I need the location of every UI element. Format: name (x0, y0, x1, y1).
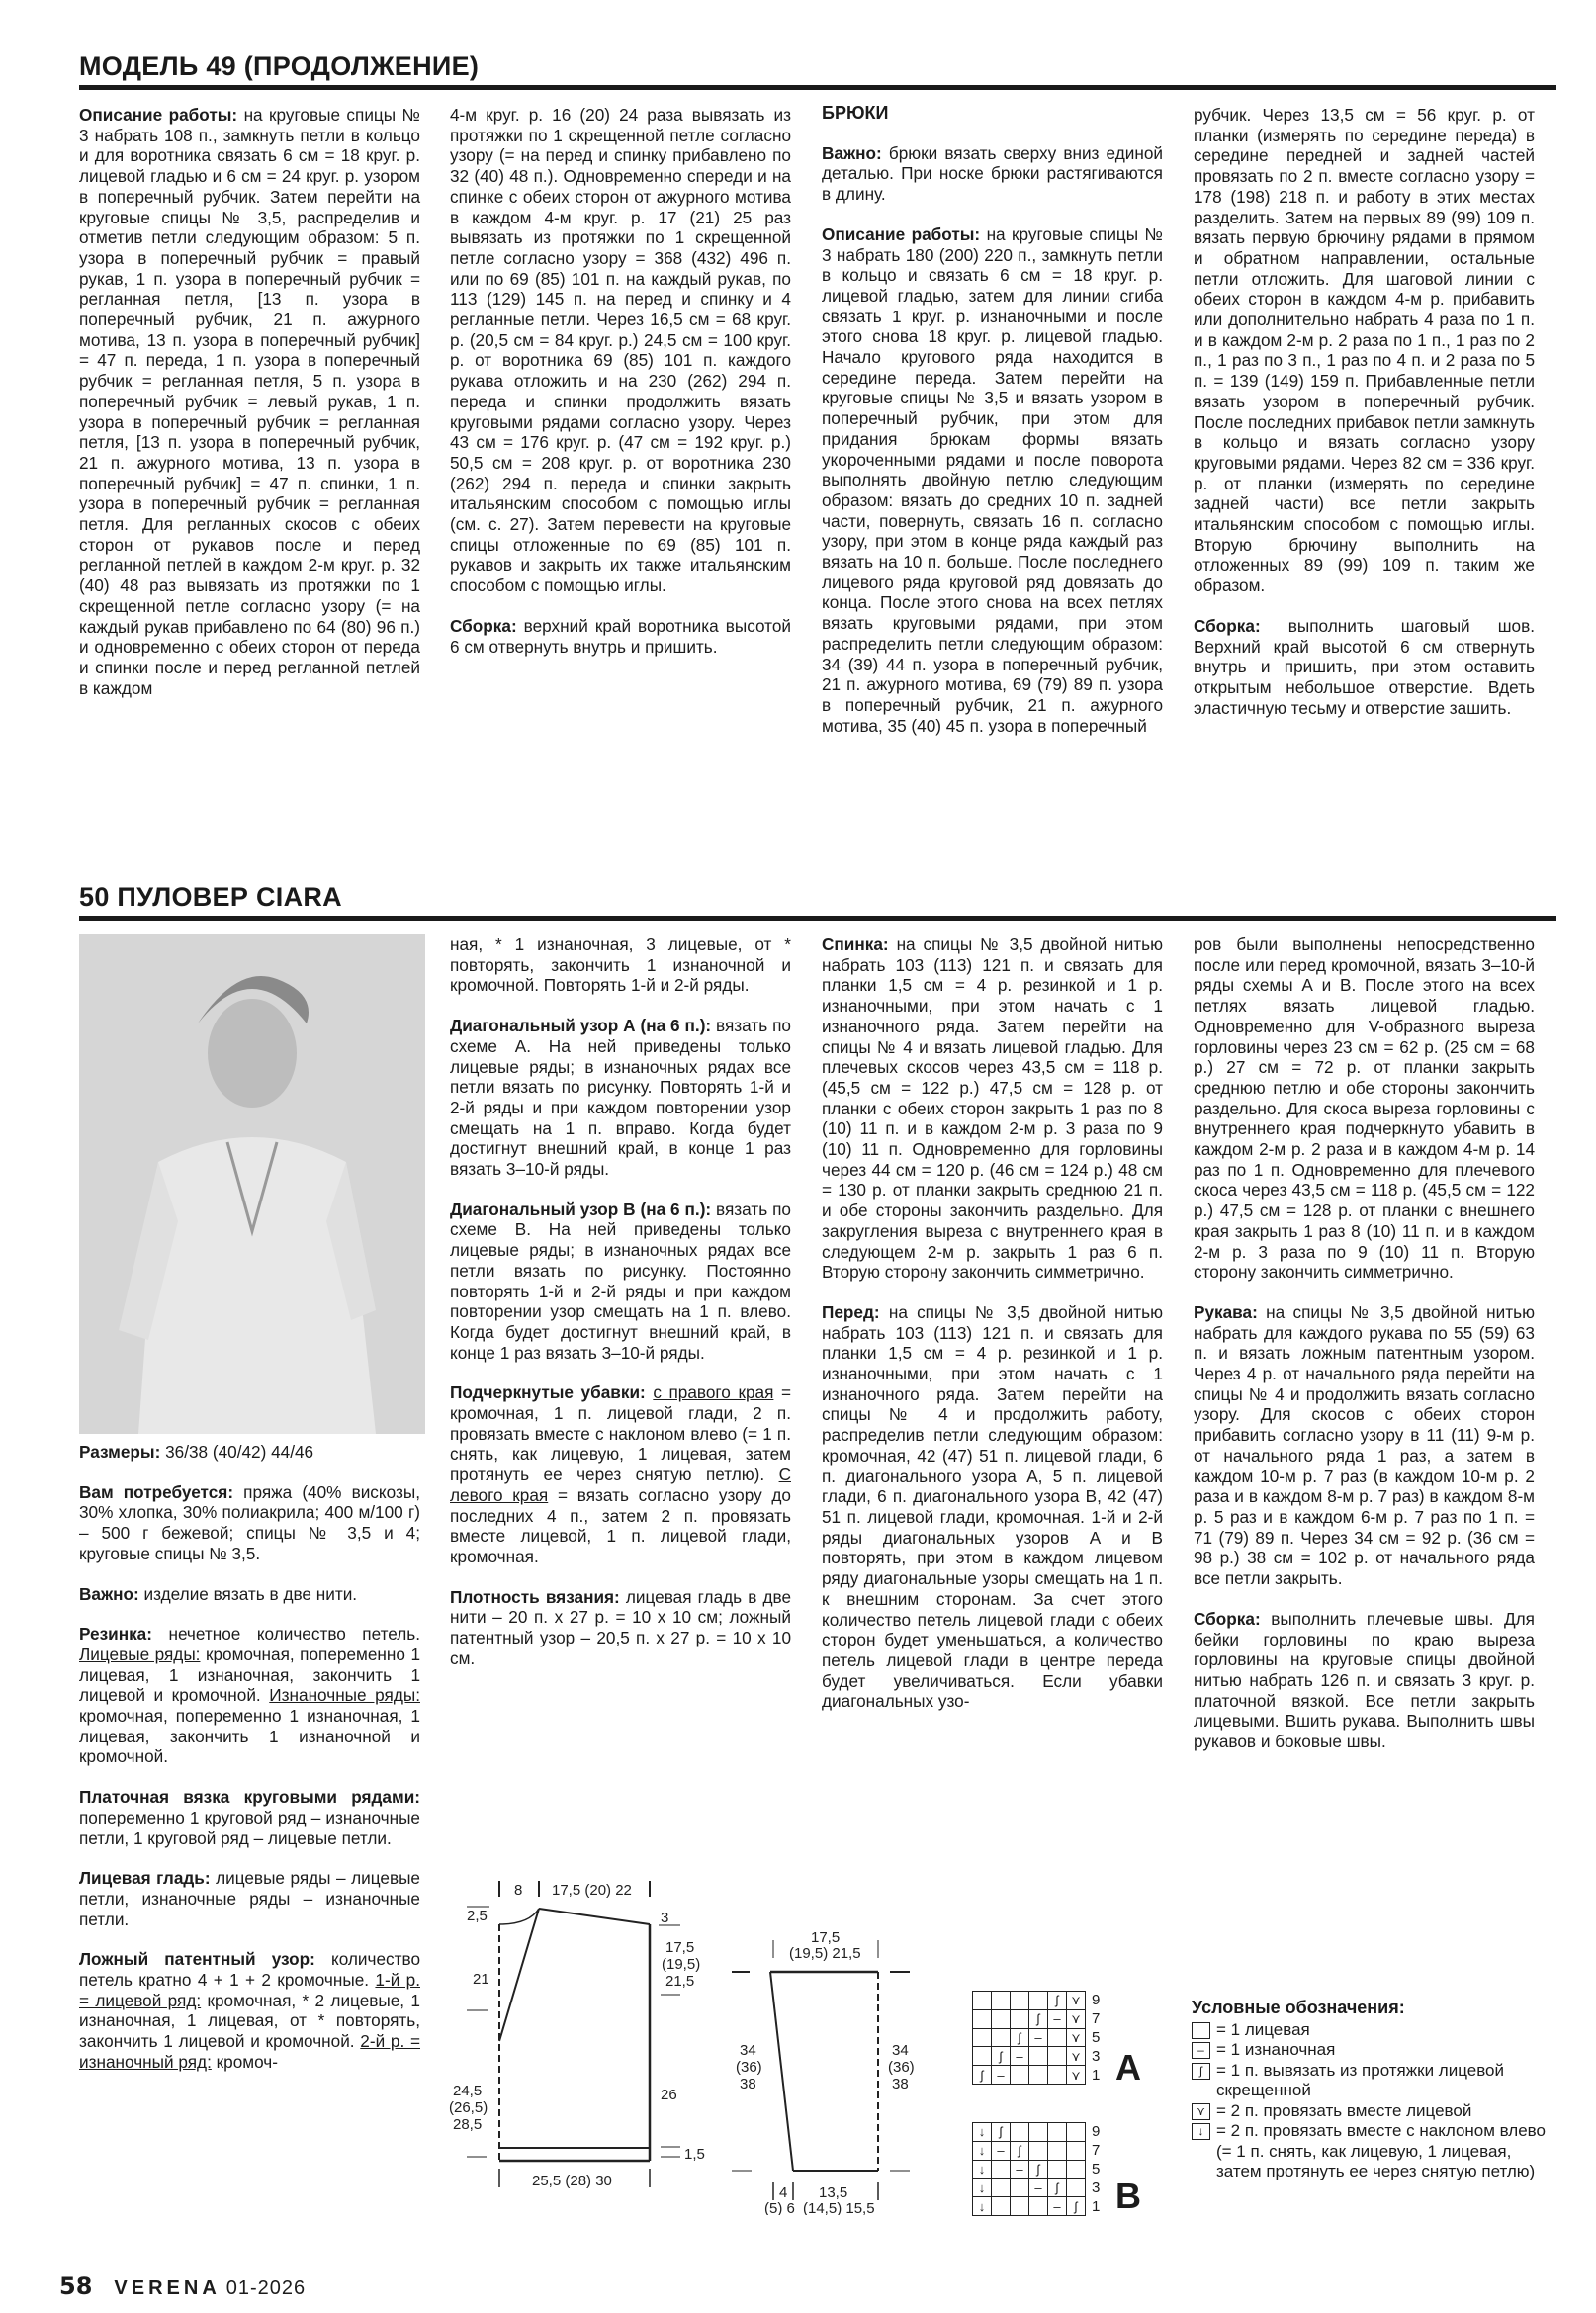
chart-cell (1048, 2160, 1067, 2179)
legend-text: = 1 изнаночная (1216, 2040, 1548, 2061)
row-number: 5 (1092, 2028, 1100, 2047)
chart-cell: – (1029, 2179, 1048, 2197)
chart-cell (1011, 1992, 1029, 2010)
legend-item: = 1 лицевая (1192, 2020, 1548, 2041)
chart-cell: ⋎ (1067, 2066, 1086, 2085)
chart-cell: ⋎ (1067, 1992, 1086, 2010)
chart-cell: – (1011, 2047, 1029, 2066)
label-important: Важно: (822, 143, 882, 163)
text-rib-right-side: Лицевые ряды: (79, 1645, 200, 1664)
dim-sleeve-length-right-3: 38 (892, 2076, 909, 2092)
chart-cell: – (992, 2141, 1011, 2160)
label-gauge: Плотность вязания: (450, 1587, 620, 1607)
dim-sleeve-length-1: 34 (740, 2042, 756, 2059)
dim-sleeve-top-1: 17,5 (811, 1929, 840, 1946)
text-front-cont: ров были выполнены непосредственно после… (1194, 934, 1535, 1282)
text-continued: рубчик. Через 13,5 см = 56 круг. р. от п… (1194, 105, 1535, 595)
legend-item: ⋎= 2 п. провязать вместе лицевой (1192, 2101, 1548, 2122)
label-assembly: Сборка: (1194, 1609, 1261, 1629)
chart-cell: ʃ (1048, 1992, 1067, 2010)
k2tog-square-icon: ⋎ (1192, 2103, 1210, 2120)
text-diagonal-b: вязать по схеме В. На ней приведены толь… (450, 1200, 791, 1363)
dim-sleeve-bottom-right-2: (14,5) 15,5 (803, 2200, 875, 2215)
chart-cell (1067, 2179, 1086, 2197)
model50-column-3: Спинка: на спицы № 3,5 двойной нитью наб… (822, 934, 1163, 1732)
header-rule (79, 85, 1556, 90)
label-diagonal-a: Диагональный узор А (на 6 п.): (450, 1016, 711, 1035)
dim-shoulder-drop: 3 (661, 1910, 668, 1926)
chart-cell (973, 2009, 992, 2028)
chart-cell (992, 2197, 1011, 2216)
twisted-loop-square-icon: ʃ (1192, 2063, 1210, 2080)
legend-text: = 1 лицевая (1216, 2020, 1548, 2041)
chart-cell (992, 2179, 1011, 2197)
chart-cell: ↓ (973, 2197, 992, 2216)
dim-armhole-2: (19,5) (662, 1956, 700, 1973)
model50-column-1: Размеры: 36/38 (40/42) 44/46 Вам потребу… (79, 1442, 420, 2092)
dim-lower-2: (26,5) (449, 2099, 488, 2116)
text-continued: 4-м круг. р. 16 (20) 24 раза вывязать из… (450, 105, 791, 595)
chart-cell: ⋎ (1067, 2028, 1086, 2047)
chart-cell: ʃ (1067, 2197, 1086, 2216)
legend-item: ↓= 2 п. провязать вместе с наклоном влев… (1192, 2121, 1548, 2182)
header-rule (79, 916, 1556, 921)
chart-cell (1048, 2066, 1067, 2085)
chart-cell (973, 2028, 992, 2047)
chart-cell: – (1029, 2028, 1048, 2047)
chart-cell (1011, 2066, 1029, 2085)
label-materials: Вам потребуется: (79, 1482, 233, 1502)
chart-cell (1029, 2141, 1048, 2160)
chart-cell (992, 2028, 1011, 2047)
chart-cell (1067, 2141, 1086, 2160)
label-sizes: Размеры: (79, 1442, 160, 1462)
chart-cell: ʃ (1029, 2160, 1048, 2179)
chart-cell (1029, 2123, 1048, 2142)
legend-title: Условные обозначения: (1192, 1998, 1548, 2018)
model50-column-2: ная, * 1 изнаночная, 3 лицевые, от * пов… (450, 934, 791, 1689)
chart-cell: ↓ (973, 2141, 992, 2160)
chart-cell: ↓ (973, 2160, 992, 2179)
text-false-patent: кромоч- (212, 2052, 278, 2072)
dim-shoulder-width: 17,5 (20) 22 (552, 1882, 632, 1899)
chart-cell (1029, 2197, 1048, 2216)
dim-v-neck: 21 (473, 1971, 489, 1988)
text-description: на круговые спицы № 3 набрать 180 (200) … (822, 224, 1163, 736)
label-false-patent: Ложный патентный узор: (79, 1949, 315, 1969)
label-back: Спинка: (822, 934, 889, 954)
chart-cell: ʃ (1011, 2028, 1029, 2047)
dash-square-icon: – (1192, 2042, 1210, 2059)
section-title-model50: 50 ПУЛОВЕР CIARA (79, 882, 342, 913)
label-assembly: Сборка: (1194, 616, 1261, 636)
dim-band: 1,5 (684, 2146, 705, 2163)
model50-column-4: ров были выполнены непосредственно после… (1194, 934, 1535, 1772)
label-stockinette: Лицевая гладь: (79, 1868, 211, 1888)
chart-cell (1029, 1992, 1048, 2010)
chart-a-grid: ʃ⋎ ʃ–⋎ ʃ–⋎ ʃ–⋎ ʃ–⋎ (972, 1991, 1086, 2085)
chart-cell: – (1048, 2009, 1067, 2028)
chart-cell: ʃ (992, 2123, 1011, 2142)
dim-sleeve-top-2: (19,5) 21,5 (789, 1945, 861, 1962)
dim-sleeve-bottom-left-2: (5) 6 (764, 2200, 795, 2215)
text-diagonal-a: вязать по схеме А. На ней приведены толь… (450, 1016, 791, 1179)
chart-cell (992, 2160, 1011, 2179)
page-footer: 58VERENA01-2026 (59, 2272, 306, 2301)
chart-cell: ʃ (973, 2066, 992, 2085)
text-description: на круговые спицы № 3 набрать 108 п., за… (79, 105, 420, 698)
row-number: 1 (1092, 2197, 1100, 2216)
text-rib: кромочная, попеременно 1 изнаночная, 1 л… (79, 1706, 420, 1766)
dim-sleeve-bottom-left-1: 4 (779, 2184, 787, 2201)
chart-cell (973, 1992, 992, 2010)
chart-cell (1029, 2066, 1048, 2085)
text-rib: нечетное количество петель. (152, 1624, 420, 1644)
label-sleeves: Рукава: (1194, 1302, 1258, 1322)
legend-text: = 2 п. провязать вместе лицевой (1216, 2101, 1548, 2122)
chart-cell (1029, 2047, 1048, 2066)
photo-placeholder-icon (79, 934, 425, 1434)
chart-cell (1067, 2123, 1086, 2142)
issue-number: 01-2026 (226, 2277, 306, 2299)
text-front: на спицы № 3,5 двойной нитью набрать 103… (822, 1302, 1163, 1711)
label-garter: Платочная вязка круговыми рядами: (79, 1787, 420, 1807)
dim-sleeve-length-right-1: 34 (892, 2042, 909, 2059)
legend-text: = 1 п. вывязать из протяжки лицевой скре… (1216, 2061, 1548, 2101)
text-rib-wrong-side: Изнаночные ряды: (269, 1685, 420, 1705)
dim-side: 26 (661, 2087, 677, 2103)
ssk-square-icon: ↓ (1192, 2123, 1210, 2140)
chart-cell (992, 2009, 1011, 2028)
dim-sleeve-length-right-2: (36) (888, 2059, 915, 2076)
row-number: 3 (1092, 2179, 1100, 2197)
model49-column-1: Описание работы: на круговые спицы № 3 н… (79, 105, 420, 718)
chart-cell (973, 2047, 992, 2066)
text-back: на спицы № 3,5 двойной нитью набрать 103… (822, 934, 1163, 1282)
model49-column-2: 4-м круг. р. 16 (20) 24 раза вывязать из… (450, 105, 791, 676)
chart-cell (992, 1992, 1011, 2010)
text-garter: попеременно 1 круговой ряд – изнаночные … (79, 1808, 420, 1848)
chart-cell: ↓ (973, 2179, 992, 2197)
label-description: Описание работы: (79, 105, 237, 125)
dim-armhole-1: 17,5 (665, 1939, 694, 1956)
page-number: 58 (59, 2272, 92, 2300)
subtitle-trousers: БРЮКИ (822, 103, 1163, 124)
chart-cell (1011, 2009, 1029, 2028)
chart-cell: – (1011, 2160, 1029, 2179)
label-important: Важно: (79, 1584, 139, 1604)
dim-lower-3: 28,5 (453, 2116, 482, 2133)
chart-cell: ʃ (992, 2047, 1011, 2066)
chart-b-label: B (1115, 2176, 1141, 2217)
label-assembly: Сборка: (450, 616, 517, 636)
section-title-model49: МОДЕЛЬ 49 (ПРОДОЛЖЕНИЕ) (79, 51, 479, 82)
chart-cell: ⋎ (1067, 2009, 1086, 2028)
body-schematic: 8 17,5 (20) 22 2,5 3 21 17,5 (19,5) 21,5… (435, 1879, 752, 2225)
label-front: Перед: (822, 1302, 880, 1322)
text-false-patent-cont: ная, * 1 изнаночная, 3 лицевые, от * пов… (450, 934, 791, 995)
label-rib: Резинка: (79, 1624, 152, 1644)
dim-width: 25,5 (28) 30 (532, 2173, 612, 2189)
text-sleeves: на спицы № 3,5 двойной нитью набрать для… (1194, 1302, 1535, 1588)
chart-a-row-numbers: 9 7 5 3 1 (1092, 1991, 1100, 2085)
magazine-brand: VERENA (114, 2277, 220, 2299)
chart-cell: – (1048, 2197, 1067, 2216)
legend-item: ʃ= 1 п. вывязать из протяжки лицевой скр… (1192, 2061, 1548, 2101)
chart-cell (1048, 2028, 1067, 2047)
chart-cell: ʃ (1011, 2141, 1029, 2160)
chart-cell: ⋎ (1067, 2047, 1086, 2066)
chart-a-label: A (1115, 2047, 1141, 2089)
dim-lower-1: 24,5 (453, 2083, 482, 2099)
dim-sleeve-length-3: 38 (740, 2076, 756, 2092)
row-number: 1 (1092, 2066, 1100, 2085)
label-description: Описание работы: (822, 224, 980, 244)
chart-cell: ʃ (1048, 2179, 1067, 2197)
row-number: 5 (1092, 2160, 1100, 2179)
chart-cell (1011, 2179, 1029, 2197)
text-sizes: 36/38 (40/42) 44/46 (160, 1442, 313, 1462)
dim-neck-width: 8 (514, 1882, 522, 1899)
legend-item: –= 1 изнаночная (1192, 2040, 1548, 2061)
dim-armhole-3: 21,5 (665, 1973, 694, 1990)
stitch-chart-a: ʃ⋎ ʃ–⋎ ʃ–⋎ ʃ–⋎ ʃ–⋎ 9 7 5 3 1 (972, 1991, 1100, 2085)
chart-cell: ↓ (973, 2123, 992, 2142)
dim-sleeve-bottom-right-1: 13,5 (819, 2184, 847, 2201)
row-number: 7 (1092, 2009, 1100, 2028)
model49-column-4: рубчик. Через 13,5 см = 56 круг. р. от п… (1194, 105, 1535, 738)
chart-b-grid: ↓ʃ ↓–ʃ ↓–ʃ ↓–ʃ ↓–ʃ (972, 2122, 1086, 2216)
chart-cell (1048, 2047, 1067, 2066)
sleeve-schematic: 17,5 (19,5) 21,5 34 (36) 38 34 (36) 38 4… (732, 1928, 949, 2215)
row-number: 9 (1092, 2122, 1100, 2141)
chart-cell: ʃ (1029, 2009, 1048, 2028)
chart-cell: – (992, 2066, 1011, 2085)
dim-sleeve-length-2: (36) (736, 2059, 762, 2076)
symbol-legend: Условные обозначения: = 1 лицевая –= 1 и… (1192, 1998, 1548, 2182)
legend-text: = 2 п. провязать вместе с наклоном влево… (1216, 2121, 1548, 2182)
row-number: 3 (1092, 2047, 1100, 2066)
dim-neck-depth: 2,5 (467, 1908, 488, 1924)
empty-square-icon (1192, 2022, 1210, 2039)
text-important: изделие вязать в две нити. (139, 1584, 357, 1604)
label-diagonal-b: Диагональный узор В (на 6 п.): (450, 1200, 711, 1219)
chart-cell (1011, 2197, 1029, 2216)
model49-column-3: БРЮКИ Важно: брюки вязать сверху вниз ед… (822, 103, 1163, 756)
chart-cell (1048, 2123, 1067, 2142)
chart-cell (1011, 2123, 1029, 2142)
stitch-chart-b: ↓ʃ ↓–ʃ ↓–ʃ ↓–ʃ ↓–ʃ 9 7 5 3 1 (972, 2122, 1100, 2216)
label-decreases: Подчеркнутые убавки: (450, 1382, 646, 1402)
row-number: 9 (1092, 1991, 1100, 2009)
model-photo (79, 934, 425, 1434)
chart-cell (1067, 2160, 1086, 2179)
row-number: 7 (1092, 2141, 1100, 2160)
text-assembly: выполнить плечевые швы. Для бейки горлов… (1194, 1609, 1535, 1751)
chart-cell (1048, 2141, 1067, 2160)
text-right-edge: с правого края (653, 1382, 773, 1402)
chart-b-row-numbers: 9 7 5 3 1 (1092, 2122, 1100, 2216)
